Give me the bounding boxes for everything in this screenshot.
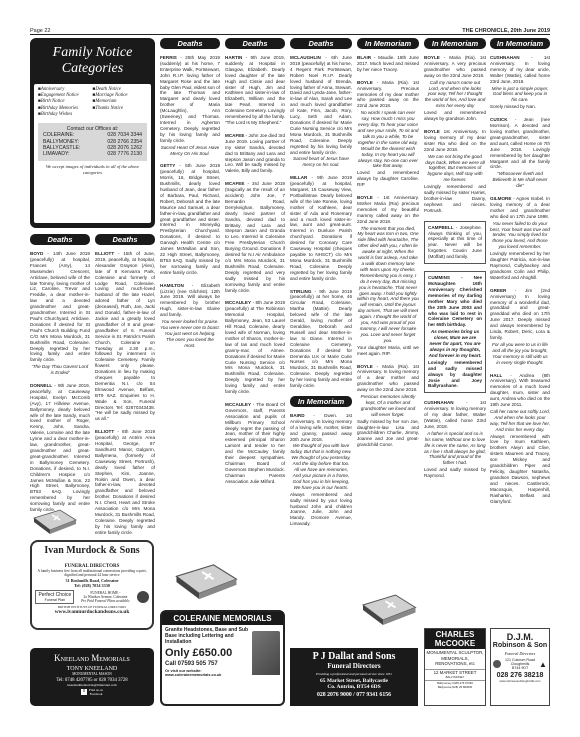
notice: CUSHNAHAN - 1st Anniversary. In loving m… <box>490 55 550 110</box>
column-3: Deaths FERRIS - 25th May 2019 (suddenly)… <box>160 38 220 356</box>
page-header: Page 22 THE CHRONICLE, 20th June 2019 <box>30 24 550 34</box>
column-1: Deaths BOYD - 14th June 2019 (peacefully… <box>30 234 90 520</box>
bible-icon <box>358 592 418 628</box>
notice: HAMILTON - Elizabeth (Lizzie) (nee Gilch… <box>160 283 220 349</box>
notice: GREER - Jim (2nd Anniversary) In loving … <box>490 288 550 366</box>
column-2: Deaths ELLIOTT - 15th of June, 2019, pea… <box>95 234 155 543</box>
notice: BAIRD - Gwen. 1st Anniversary. In loving… <box>290 413 352 527</box>
notice: DONNELL - 9th June 2019, peacefully, at … <box>30 383 90 513</box>
website-link[interactable]: www.robinsonsofcloughmills.com <box>491 679 549 683</box>
notice: BOYLE - 1st Anniversary. Mother Maria (R… <box>357 195 419 356</box>
ad-title: Ivan Murdock & Sons <box>32 545 152 556</box>
facebook-link[interactable]: f Find us onFacebook <box>30 688 154 696</box>
notice: MCAFEE - John Joe died 3rd June 2019. Lo… <box>225 133 285 174</box>
bible-icon <box>170 562 240 602</box>
column-4: Deaths HARTIN - 9th June 2019, suddenly … <box>225 38 285 492</box>
categories-box: Family Notice Categories Anniversary Dea… <box>30 38 155 228</box>
ad-charles-mccooke: CHARLESMcCOOKE MONUMENTAL SCULPTOR, MEMO… <box>424 628 486 706</box>
ad-djm-robinson: D.J.M. Robinson & Son Funeral Directors … <box>490 628 550 706</box>
notice: BOYLE - Maria (Ria). 1st Anniversary. A … <box>424 55 486 122</box>
section-header-deaths: Deaths <box>290 38 352 49</box>
ad-pj-dallat: P J Dallat and Sons Funeral Directors Pr… <box>290 648 418 706</box>
notice-boxed: CAMPBELL - Josephine. Always thinking of… <box>424 221 486 264</box>
notice: BOYLE 1st Anniversary. In loving memory … <box>424 129 486 214</box>
warning-triangle-icon: ▲ <box>539 660 547 669</box>
notice: FERRIS - 25th May 2019 (suddenly) at his… <box>160 55 220 156</box>
bible-icon <box>30 508 78 536</box>
price: Only £650.00 <box>165 647 252 659</box>
notice: CUSHNAHAN - 1st Anniversary. In loving m… <box>424 400 486 479</box>
column-5: Deaths MCLAUGHLIN - 6th June 2019 (peace… <box>290 38 352 534</box>
category-item: Thanks Notice <box>93 106 148 112</box>
accept-note: We accept images of individuals in all o… <box>38 164 147 176</box>
notice: MCCAULEY - 8th June 2019 (peacefully) at… <box>225 300 285 395</box>
notice: MILLAR - 9th June 2019 (peacefully) at h… <box>290 175 352 281</box>
section-header-in-memoriam: In Memoriam <box>357 38 419 49</box>
crest-icon <box>493 660 501 668</box>
notice: ELLIOTT - 8th June 2019 (peacefully) at … <box>95 429 155 535</box>
notice: ELLIOTT - 15th of June, 2019, peacefully… <box>95 251 155 422</box>
ad-ivan-murdock: Ivan Murdock & Sons FUNERAL DIRECTORS A … <box>30 540 154 630</box>
categories-title: Family Notice Categories <box>30 45 155 77</box>
notice: GETTY - 5th June 2019 (peacefully) at ho… <box>160 163 220 275</box>
column-8: In Memoriam CUSHNAHAN - 1st Anniversary.… <box>490 38 550 511</box>
headstone-image <box>252 631 280 675</box>
column-6: In Memoriam BLAIR - Maudie. 18th June 20… <box>357 38 419 455</box>
ad-coleraine-memorials: COLERAINE MEMORIALS Granite Headstones, … <box>160 610 285 706</box>
contact-offices: Contact our Offices at: COLERAINE:028 70… <box>38 123 147 160</box>
ad-kneeland-memorials: Kneeland Memorials TONY KNEELAND MONUMEN… <box>30 648 154 706</box>
section-header-deaths: Deaths <box>30 234 90 245</box>
notice: BOYLE - Maria (Ria). 1st Anniversary. Pr… <box>357 80 419 188</box>
notice: BOYD - 14th June 2019 (peacefully) at ho… <box>30 251 90 376</box>
email-link[interactable]: kneelandmemorials@btinternet.com <box>30 683 154 687</box>
notice: MCAFEE - 3rd June 2019 (tragically as th… <box>225 181 285 293</box>
section-header-deaths: Deaths <box>95 234 155 245</box>
notice: MCLAUGHLIN - 6th June 2019 (peacefully) … <box>290 55 352 168</box>
notice: BOYLE - Maria (Ria). 1st Anniversary. In… <box>357 364 419 449</box>
section-header-in-memoriam: In Memoriam <box>290 396 352 407</box>
website-link[interactable]: www.colerainememorials.co.uk <box>165 673 252 677</box>
notice: MCCAULEY - The Board Of Governors, staff… <box>225 402 285 485</box>
notice-boxed: CUMMINS - Nee McNaughten 16th Anniversar… <box>424 271 486 393</box>
section-header-in-memoriam: In Memoriam <box>424 38 486 49</box>
perfect-choice-badge: Perfect ChoiceFuneral Plan <box>35 590 74 604</box>
section-header-deaths: Deaths <box>225 38 285 49</box>
website-link[interactable]: www.ivanmurdockandsons.co.uk <box>32 609 152 615</box>
notice: CUSICK - Jean (nee Morrison). A devoted … <box>490 117 550 189</box>
section-header-in-memoriam: In Memoriam <box>490 38 550 49</box>
notice: HARTIN - 9th June 2019, suddenly at Hosp… <box>225 55 285 126</box>
notice: GILMORE - Agnes Isobel. In loving memory… <box>490 196 550 281</box>
notice: HALL - Andrea (8th Anniversary). With tr… <box>490 373 550 505</box>
notice: BLAIR - Maudie. 18th June 2017. Much lov… <box>357 55 419 73</box>
section-header-deaths: Deaths <box>160 38 220 49</box>
column-7: In Memoriam BOYLE - Maria (Ria). 1st Ann… <box>424 38 486 486</box>
facebook-icon: f <box>81 689 87 695</box>
office-row: LIMAVADY:028 7776 2130 <box>43 151 142 157</box>
notice: STIRLING - 9th June 2019 (peacefully) at… <box>290 289 352 389</box>
bifd-crest-icon <box>137 591 149 603</box>
category-item: Birthday Wishes <box>38 112 93 118</box>
categories-inner: Anniversary Death Notice Engagement Noti… <box>34 84 151 223</box>
category-list: Anniversary Death Notice Engagement Noti… <box>38 87 147 118</box>
header-rule <box>30 34 550 35</box>
